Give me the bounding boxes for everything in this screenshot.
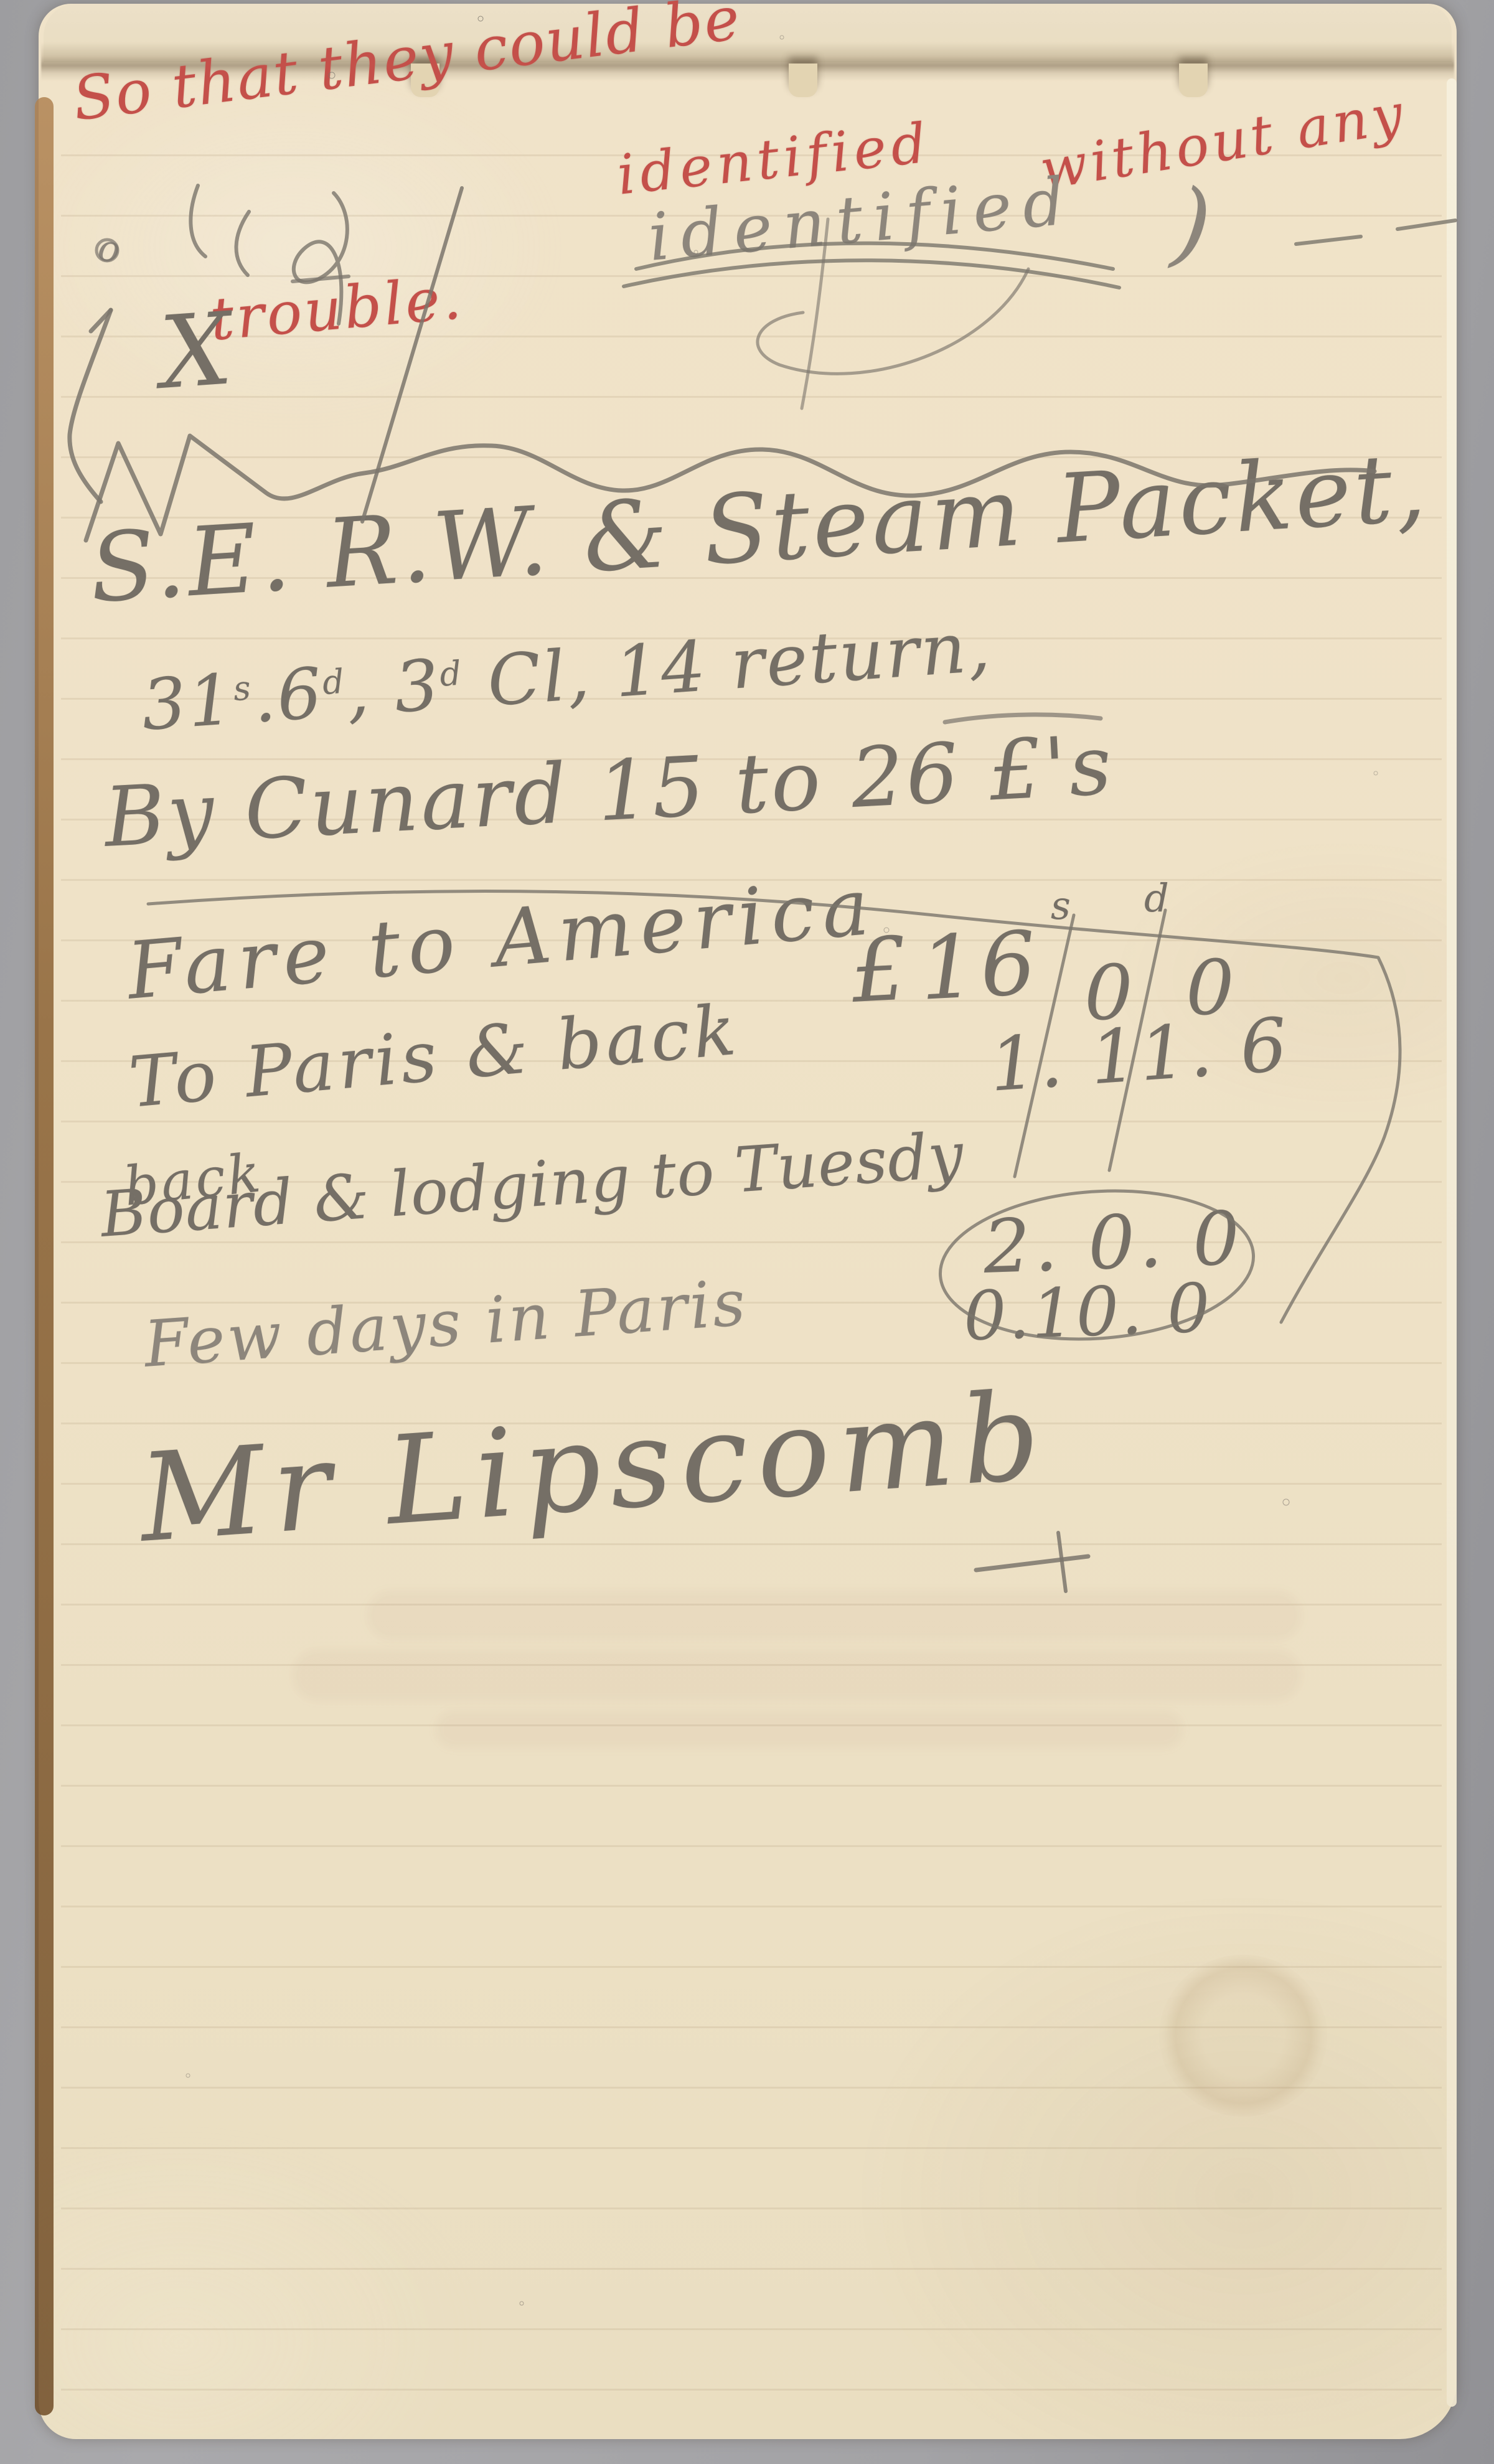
account-paris-amount: 1. 11. 6 — [987, 1007, 1292, 1101]
fare-d-mark: d — [1144, 879, 1169, 918]
ticket-n3: , 3 — [344, 645, 443, 732]
fare-s-mark: s — [1051, 886, 1071, 925]
show-through-ghost — [293, 1650, 1301, 1701]
ticket-sup-d2: d — [438, 653, 464, 694]
stitch-notch — [1179, 63, 1208, 97]
stitch-notch — [789, 63, 817, 97]
fare-pounds: 16 — [918, 920, 1043, 1013]
show-through-ghost — [436, 1711, 1183, 1748]
ticket-sup-d: d — [321, 662, 347, 702]
fare-currency: £ — [849, 926, 909, 1015]
pencil-x-mark: X — [157, 299, 235, 403]
ticket-sup-s: s — [232, 668, 254, 708]
ticket-n1: 31 — [139, 659, 237, 746]
page-stack-edge-right — [1447, 78, 1457, 2407]
scanned-notebook-page: So that they could be identified without… — [0, 0, 1494, 2464]
page-stack-edge-left — [35, 97, 54, 2415]
show-through-ghost — [367, 1591, 1301, 1640]
ticket-n2: .6 — [250, 653, 326, 739]
paper-stain — [1159, 1955, 1327, 2117]
account-few-days-amount: 0.10. 0 — [962, 1275, 1213, 1351]
